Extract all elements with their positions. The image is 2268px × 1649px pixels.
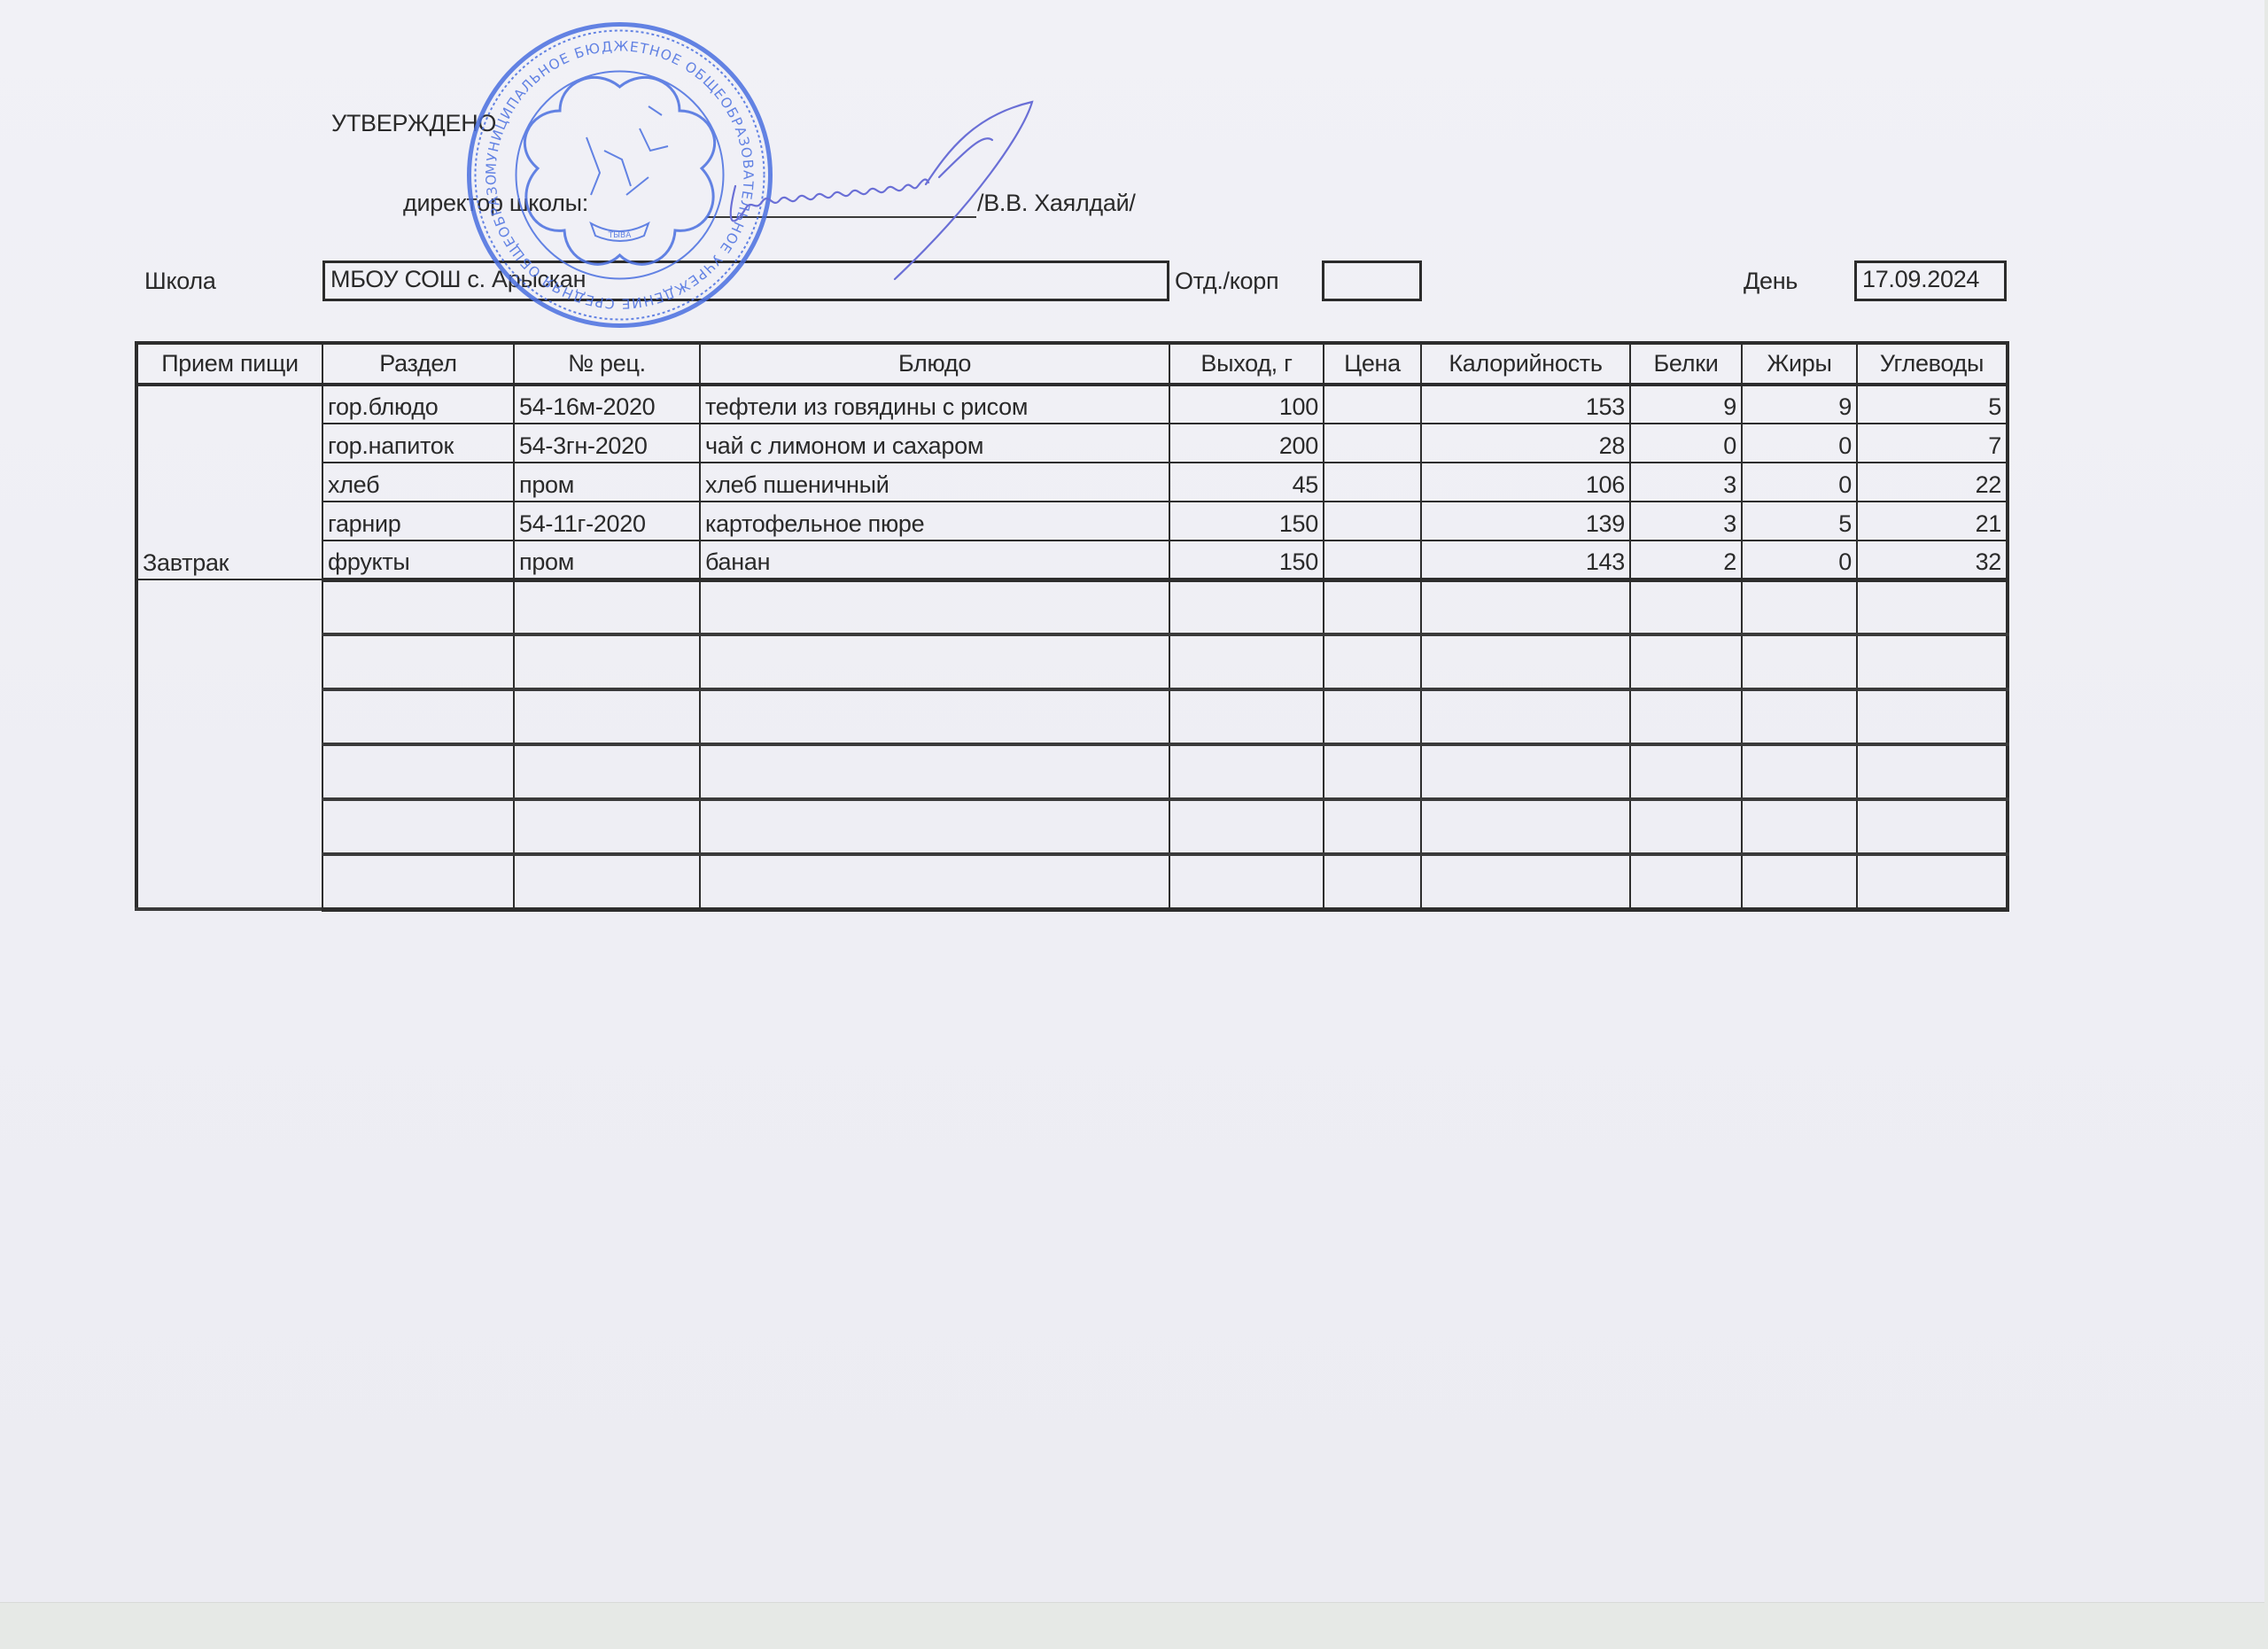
empty-cell — [700, 689, 1169, 744]
empty-cell — [1742, 689, 1857, 744]
column-header: Раздел — [322, 343, 514, 385]
fat-cell: 5 — [1742, 502, 1857, 541]
empty-table-row — [136, 579, 2008, 634]
empty-cell — [1857, 854, 2008, 909]
table-row: хлебпромхлеб пшеничный451063022 — [136, 463, 2008, 502]
price-cell — [1324, 463, 1421, 502]
empty-cell — [514, 689, 700, 744]
fat-cell: 0 — [1742, 541, 1857, 579]
empty-cell — [1324, 854, 1421, 909]
carbs-cell: 21 — [1857, 502, 2008, 541]
day-value: 17.09.2024 — [1862, 266, 1979, 293]
carbs-cell: 7 — [1857, 424, 2008, 463]
stamp-center-text: ТЫВА — [608, 231, 633, 240]
document-page: УТВЕРЖДЕНО директор школы: /В.В. Хаялдай… — [0, 0, 2264, 1602]
table-header-row: Прием пищиРаздел№ рец.БлюдоВыход, гЦенаК… — [136, 343, 2008, 385]
column-header: Белки — [1630, 343, 1742, 385]
empty-cell — [1857, 799, 2008, 854]
yield-cell: 45 — [1169, 463, 1324, 502]
director-label: директор школы: — [403, 190, 588, 217]
protein-cell: 3 — [1630, 502, 1742, 541]
empty-table-row — [136, 799, 2008, 854]
empty-cell — [1857, 744, 2008, 799]
recipe-number-cell: пром — [514, 463, 700, 502]
empty-cell — [1742, 579, 1857, 634]
price-cell — [1324, 541, 1421, 579]
department-label: Отд./корп — [1175, 268, 1278, 295]
empty-cell — [1324, 744, 1421, 799]
fat-cell: 0 — [1742, 424, 1857, 463]
empty-cell — [1324, 689, 1421, 744]
yield-cell: 200 — [1169, 424, 1324, 463]
dish-cell: чай с лимоном и сахаром — [700, 424, 1169, 463]
table-row: фруктыпромбанан1501432032 — [136, 541, 2008, 579]
price-cell — [1324, 424, 1421, 463]
empty-cell — [322, 744, 514, 799]
empty-cell — [1857, 634, 2008, 689]
empty-cell — [1421, 579, 1630, 634]
recipe-number-cell: пром — [514, 541, 700, 579]
day-label: День — [1744, 268, 1798, 295]
empty-cell — [700, 634, 1169, 689]
dish-cell: хлеб пшеничный — [700, 463, 1169, 502]
dish-cell: картофельное пюре — [700, 502, 1169, 541]
empty-cell — [1324, 634, 1421, 689]
empty-cell — [1324, 799, 1421, 854]
empty-cell — [1169, 744, 1324, 799]
empty-cell — [322, 854, 514, 909]
protein-cell: 0 — [1630, 424, 1742, 463]
column-header: № рец. — [514, 343, 700, 385]
empty-cell — [1421, 854, 1630, 909]
empty-cell — [1169, 854, 1324, 909]
day-field: 17.09.2024 — [1854, 261, 2007, 301]
empty-cell — [514, 634, 700, 689]
empty-cell — [1169, 799, 1324, 854]
table-row: гор.напиток54-3гн-2020чай с лимоном и са… — [136, 424, 2008, 463]
empty-cell — [322, 634, 514, 689]
section-cell: гор.блюдо — [322, 385, 514, 424]
meal-cell: Завтрак — [136, 385, 322, 579]
empty-cell — [700, 854, 1169, 909]
recipe-number-cell: 54-11г-2020 — [514, 502, 700, 541]
protein-cell: 2 — [1630, 541, 1742, 579]
empty-cell — [1421, 799, 1630, 854]
table-row: гарнир54-11г-2020картофельное пюре150139… — [136, 502, 2008, 541]
approved-heading: УТВЕРЖДЕНО — [331, 110, 496, 137]
empty-cell — [1630, 799, 1742, 854]
empty-cell — [1857, 579, 2008, 634]
empty-table-row — [136, 634, 2008, 689]
recipe-number-cell: 54-3гн-2020 — [514, 424, 700, 463]
empty-cell — [1169, 579, 1324, 634]
table-row: Завтракгор.блюдо54-16м-2020тефтели из го… — [136, 385, 2008, 424]
empty-cell — [514, 579, 700, 634]
column-header: Цена — [1324, 343, 1421, 385]
empty-cell — [1630, 744, 1742, 799]
section-cell: хлеб — [322, 463, 514, 502]
carbs-cell: 5 — [1857, 385, 2008, 424]
empty-cell — [1324, 579, 1421, 634]
empty-cell — [514, 744, 700, 799]
empty-cell — [1169, 689, 1324, 744]
school-value: МБОУ СОШ с. Арыскан — [330, 266, 586, 293]
empty-cell — [1421, 634, 1630, 689]
school-field: МБОУ СОШ с. Арыскан — [322, 261, 1169, 301]
yield-cell: 100 — [1169, 385, 1324, 424]
calories-cell: 143 — [1421, 541, 1630, 579]
empty-cell — [1630, 689, 1742, 744]
school-label: Школа — [144, 268, 216, 295]
section-cell: фрукты — [322, 541, 514, 579]
section-cell: гор.напиток — [322, 424, 514, 463]
empty-cell — [1421, 689, 1630, 744]
empty-table-row — [136, 744, 2008, 799]
empty-cell — [1742, 799, 1857, 854]
column-header: Жиры — [1742, 343, 1857, 385]
price-cell — [1324, 502, 1421, 541]
empty-cell — [700, 579, 1169, 634]
empty-cell — [514, 854, 700, 909]
empty-table-row — [136, 854, 2008, 909]
column-header: Выход, г — [1169, 343, 1324, 385]
protein-cell: 9 — [1630, 385, 1742, 424]
carbs-cell: 22 — [1857, 463, 2008, 502]
empty-cell — [322, 799, 514, 854]
yield-cell: 150 — [1169, 502, 1324, 541]
empty-cell — [514, 799, 700, 854]
calories-cell: 153 — [1421, 385, 1630, 424]
empty-cell — [700, 799, 1169, 854]
signature-line — [707, 216, 976, 218]
empty-cell — [322, 579, 514, 634]
empty-cell — [1169, 634, 1324, 689]
dish-cell: банан — [700, 541, 1169, 579]
empty-cell — [1742, 854, 1857, 909]
empty-cell — [1630, 634, 1742, 689]
empty-table-row — [136, 689, 2008, 744]
empty-cell — [1630, 579, 1742, 634]
director-name: /В.В. Хаялдай/ — [977, 190, 1136, 217]
calories-cell: 106 — [1421, 463, 1630, 502]
fat-cell: 9 — [1742, 385, 1857, 424]
empty-cell — [1421, 744, 1630, 799]
dish-cell: тефтели из говядины с рисом — [700, 385, 1169, 424]
empty-cell — [1630, 854, 1742, 909]
department-field — [1322, 261, 1422, 301]
fat-cell: 0 — [1742, 463, 1857, 502]
empty-cell — [700, 744, 1169, 799]
calories-cell: 28 — [1421, 424, 1630, 463]
recipe-number-cell: 54-16м-2020 — [514, 385, 700, 424]
empty-cell — [1857, 689, 2008, 744]
empty-cell — [1742, 634, 1857, 689]
carbs-cell: 32 — [1857, 541, 2008, 579]
column-header: Калорийность — [1421, 343, 1630, 385]
column-header: Углеводы — [1857, 343, 2008, 385]
protein-cell: 3 — [1630, 463, 1742, 502]
menu-table: Прием пищиРаздел№ рец.БлюдоВыход, гЦенаК… — [135, 341, 2009, 912]
yield-cell: 150 — [1169, 541, 1324, 579]
empty-cell — [322, 689, 514, 744]
column-header: Прием пищи — [136, 343, 322, 385]
section-cell: гарнир — [322, 502, 514, 541]
price-cell — [1324, 385, 1421, 424]
column-header: Блюдо — [700, 343, 1169, 385]
calories-cell: 139 — [1421, 502, 1630, 541]
empty-meal-cell — [136, 579, 322, 909]
empty-cell — [1742, 744, 1857, 799]
